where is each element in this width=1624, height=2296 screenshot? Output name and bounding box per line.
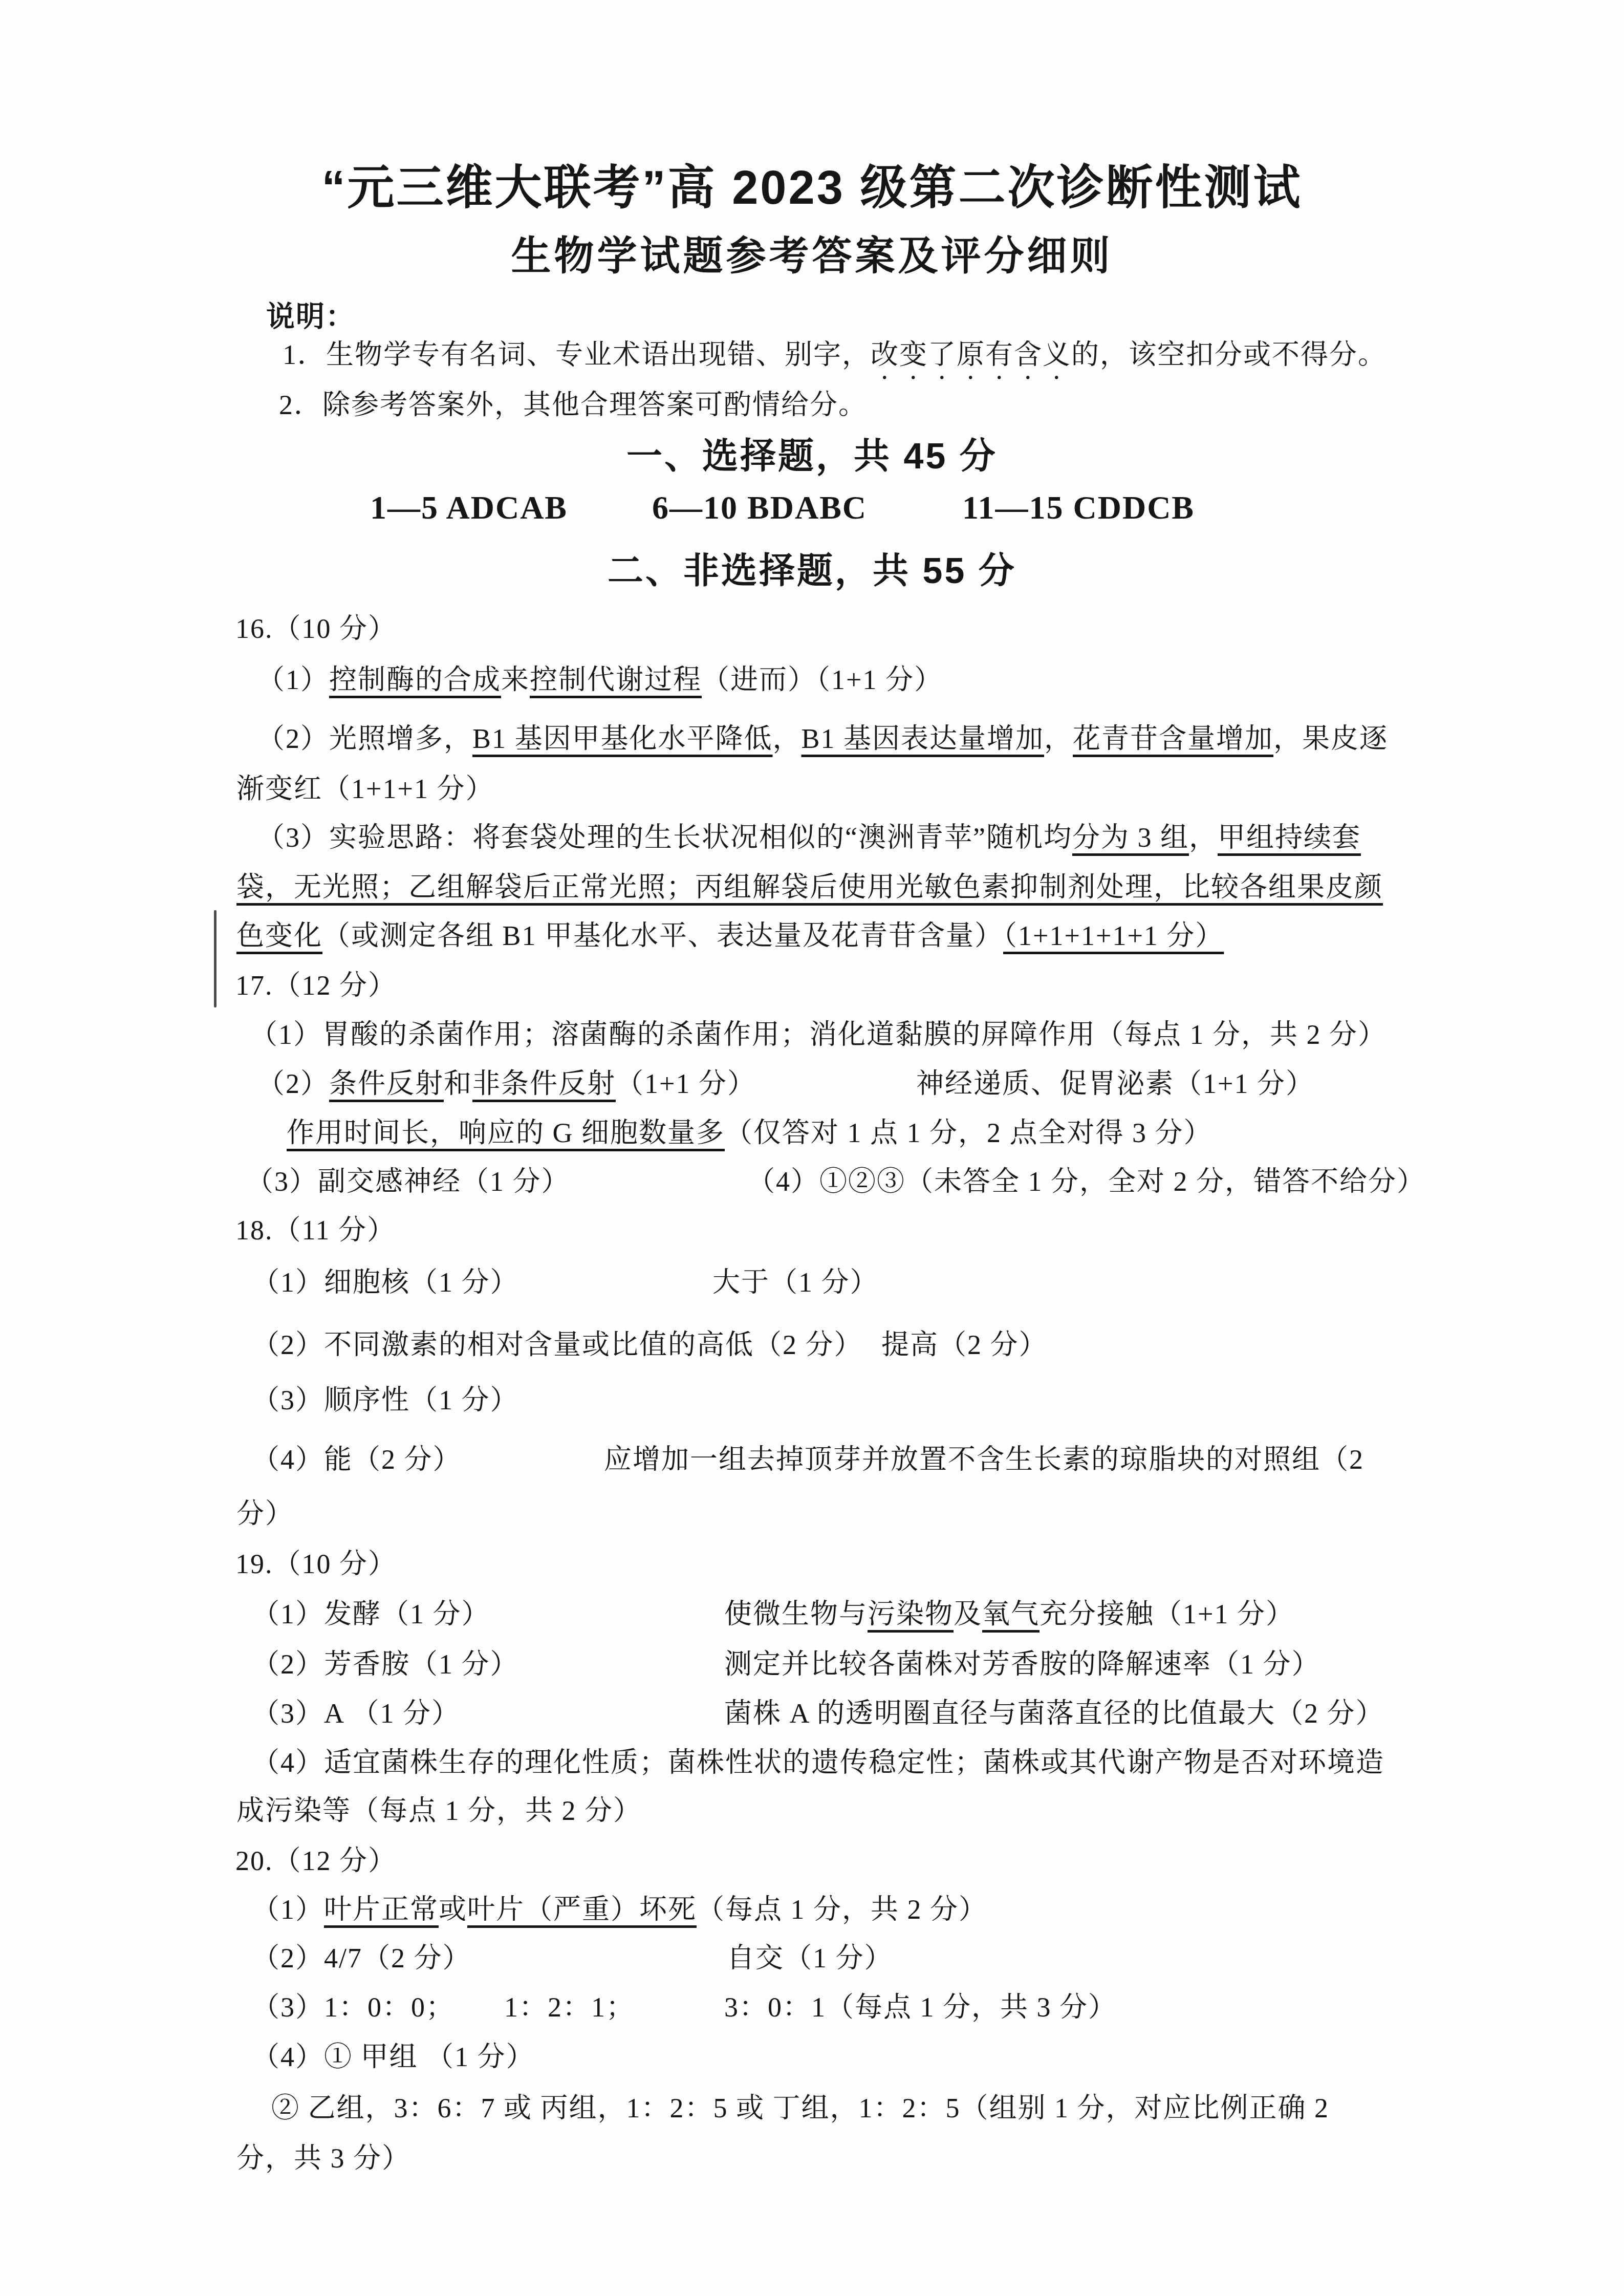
- exam-subtitle: 生物学试题参考答案及评分细则: [0, 231, 1624, 282]
- q17-answer-2-right: 神经递质、促胃泌素（1+1 分）: [916, 1067, 1314, 1102]
- note-item-2: 2．除参考答案外，其他合理答案可酌情给分。: [279, 388, 867, 423]
- q19-answer-2-right: 测定并比较各菌株对芳香胺的降解速率（1 分）: [724, 1647, 1320, 1682]
- q16-answer-2-cont: 渐变红（1+1+1 分）: [236, 772, 494, 807]
- q16-answer-2: （2）光照增多，B1 基因甲基化水平降低，B1 基因表达量增加，花青苷含量增加，…: [257, 722, 1388, 757]
- q17-answer-2-left: （2）条件反射和非条件反射（1+1 分）: [257, 1067, 756, 1102]
- choice-answers-6-10: 6—10 BDABC: [652, 487, 867, 528]
- section-choice-heading: 一、选择题，共 45 分: [0, 434, 1624, 479]
- stray-pen-mark: [214, 910, 216, 1007]
- q19-answer-1-left: （1）发酵（1 分）: [252, 1597, 490, 1632]
- q19-answer-3-left: （3）A （1 分）: [252, 1697, 460, 1731]
- q20-answer-2-right: 自交（1 分）: [727, 1941, 893, 1976]
- q18-answer-2-right: 提高（2 分）: [881, 1328, 1048, 1363]
- q18-answer-4-cont: 分）: [236, 1497, 294, 1532]
- q18-answer-2-left: （2）不同激素的相对含量或比值的高低（2 分）: [252, 1328, 863, 1363]
- scanned-answer-sheet-page: “元三维大联考”高 2023 级第二次诊断性测试 生物学试题参考答案及评分细则 …: [0, 0, 1624, 2296]
- q20-answer-4-2: ② 乙组，3：6：7 或 丙组，1：2：5 或 丁组，1：2：5（组别 1 分，…: [271, 2091, 1329, 2126]
- q18-answer-4-left: （4）能（2 分）: [252, 1443, 462, 1477]
- exam-title: “元三维大联考”高 2023 级第二次诊断性测试: [0, 159, 1624, 218]
- q19-answer-3-right: 菌株 A 的透明圈直径与菌落直径的比值最大（2 分）: [724, 1697, 1384, 1731]
- q18-answer-4-right: 应增加一组去掉顶芽并放置不含生长素的琼脂块的对照组（2: [604, 1443, 1364, 1477]
- q20-answer-4-1: （4）① 甲组 （1 分）: [252, 2040, 535, 2075]
- q20-answer-3-part3: 3：0：1（每点 1 分，共 3 分）: [724, 1990, 1117, 2025]
- q19-answer-4-cont: 成污染等（每点 1 分，共 2 分）: [236, 1794, 642, 1829]
- q19-answer-2-left: （2）芳香胺（1 分）: [252, 1647, 519, 1682]
- notes-label: 说明：: [266, 298, 355, 334]
- q17-answer-2-cont: 作用时间长，响应的 G 细胞数量多（仅答对 1 点 1 分，2 点全对得 3 分…: [287, 1116, 1212, 1151]
- q20-answer-4-2-cont: 分，共 3 分）: [236, 2141, 410, 2176]
- q17-answer-3: （3）副交感神经（1 分）: [246, 1165, 570, 1199]
- q20-answer-3-part2: 1：2：1；: [504, 1990, 635, 2025]
- q20-heading: 20.（12 分）: [235, 1844, 397, 1879]
- q18-answer-1-left: （1）细胞核（1 分）: [252, 1265, 519, 1300]
- q19-answer-1-right: 使微生物与污染物及氧气充分接触（1+1 分）: [724, 1597, 1294, 1632]
- q18-answer-1-right: 大于（1 分）: [712, 1265, 879, 1300]
- q20-answer-2-left: （2）4/7（2 分）: [252, 1941, 471, 1976]
- q16-answer-3-cont1: 袋，无光照；乙组解袋后正常光照；丙组解袋后使用光敏色素抑制剂处理，比较各组果皮颜: [236, 870, 1383, 905]
- q19-heading: 19.（10 分）: [235, 1547, 397, 1582]
- q16-answer-1: （1）控制酶的合成来控制代谢过程（进而）（1+1 分）: [257, 663, 943, 698]
- choice-answers-11-15: 11—15 CDDCB: [962, 487, 1195, 528]
- choice-answers-1-5: 1—5 ADCAB: [370, 487, 568, 528]
- q16-answer-3-cont2: 色变化（或测定各组 B1 甲基化水平、表达量及花青苷含量）（1+1+1+1+1 …: [236, 919, 1224, 954]
- q20-answer-3-part1: （3）1：0：0；: [252, 1990, 454, 2025]
- q20-answer-1: （1）叶片正常或叶片（严重）坏死（每点 1 分，共 2 分）: [252, 1893, 987, 1927]
- q16-heading: 16.（10 分）: [235, 612, 397, 647]
- section-non-choice-heading: 二、非选择题，共 55 分: [0, 549, 1624, 594]
- q17-heading: 17.（12 分）: [235, 969, 397, 1003]
- q16-answer-3: （3）实验思路：将套袋处理的生长状况相似的“澳洲青苹”随机均分为 3 组，甲组持…: [257, 821, 1361, 855]
- q18-answer-3: （3）顺序性（1 分）: [252, 1383, 519, 1418]
- q17-answer-1: （1）胃酸的杀菌作用；溶菌酶的杀菌作用；消化道黏膜的屏障作用（每点 1 分，共 …: [250, 1018, 1387, 1053]
- q19-answer-4: （4）适宜菌株生存的理化性质；菌株性状的遗传稳定性；菌株或其代谢产物是否对环境造: [252, 1746, 1384, 1780]
- note-item-1: 1．生物学专有名词、专业术语出现错、别字，改变了原有含义的，该空扣分或不得分。: [283, 338, 1387, 385]
- q18-heading: 18.（11 分）: [235, 1213, 396, 1248]
- q17-answer-4: （4）①②③（未答全 1 分，全对 2 分，错答不给分）: [747, 1165, 1425, 1199]
